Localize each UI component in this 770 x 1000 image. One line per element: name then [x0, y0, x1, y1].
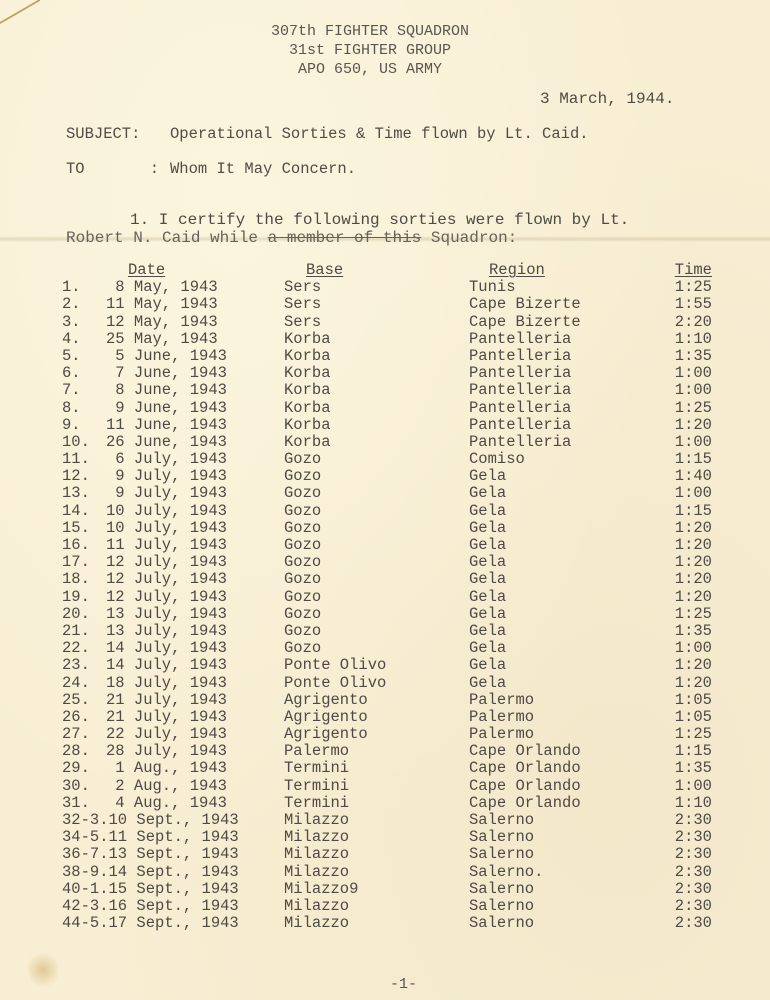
table-row: 30. 2 Aug., 1943TerminiCape Orlando1:00: [62, 778, 712, 795]
sortie-region: Pantelleria: [469, 382, 654, 399]
table-row: 13. 9 July, 1943GozoGela1:00: [62, 485, 712, 502]
table-row: 11. 6 July, 1943GozoComiso1:15: [62, 451, 712, 468]
sortie-time: 1:05: [654, 692, 712, 709]
subject-text: Operational Sorties & Time flown by Lt. …: [170, 125, 589, 143]
sortie-number: 23.: [62, 657, 106, 674]
sortie-base: Korba: [284, 365, 469, 382]
sortie-region: Gela: [469, 503, 654, 520]
sortie-date: 8 May, 1943: [106, 279, 284, 296]
sortie-base: Gozo: [284, 537, 469, 554]
header-region: Region: [469, 262, 654, 279]
sortie-number: 10.: [62, 434, 106, 451]
sortie-number: 28.: [62, 743, 106, 760]
sortie-range-date: 40-1.15 Sept., 1943: [62, 881, 284, 898]
table-row: 19.12 July, 1943GozoGela1:20: [62, 589, 712, 606]
table-row: 27.22 July, 1943AgrigentoPalermo1:25: [62, 726, 712, 743]
sortie-range-date: 44-5.17 Sept., 1943: [62, 915, 284, 932]
sortie-time: 2:30: [654, 846, 712, 863]
sortie-date: 2 Aug., 1943: [106, 778, 284, 795]
sortie-region: Gela: [469, 571, 654, 588]
table-row: 16.11 July, 1943GozoGela1:20: [62, 537, 712, 554]
sortie-range-date: 34-5.11 Sept., 1943: [62, 829, 284, 846]
table-row: 24.18 July, 1943Ponte OlivoGela1:20: [62, 675, 712, 692]
sortie-number: 7.: [62, 382, 106, 399]
sortie-number: 2.: [62, 296, 106, 313]
sortie-number: 18.: [62, 571, 106, 588]
sortie-date: 4 Aug., 1943: [106, 795, 284, 812]
sortie-date: 22 July, 1943: [106, 726, 284, 743]
sortie-time: 1:20: [654, 657, 712, 674]
sortie-date: 10 July, 1943: [106, 520, 284, 537]
sortie-time: 2:30: [654, 915, 712, 932]
sortie-base: Ponte Olivo: [284, 675, 469, 692]
sortie-date: 12 May, 1943: [106, 314, 284, 331]
letterhead-address: APO 650, US ARMY: [250, 60, 490, 79]
sortie-base: Agrigento: [284, 709, 469, 726]
paragraph-line-2: Robert N. Caid while a member of this Sq…: [66, 229, 706, 247]
sortie-base: Milazzo: [284, 915, 469, 932]
sortie-time: 1:25: [654, 279, 712, 296]
sortie-time: 1:25: [654, 400, 712, 417]
sortie-region: Gela: [469, 675, 654, 692]
sortie-base: Gozo: [284, 554, 469, 571]
sortie-date: 1 Aug., 1943: [106, 760, 284, 777]
table-row: 44-5.17 Sept., 1943MilazzoSalerno2:30: [62, 915, 712, 932]
table-row: 22.14 July, 1943GozoGela1:00: [62, 640, 712, 657]
sortie-time: 2:30: [654, 881, 712, 898]
sortie-number: 13.: [62, 485, 106, 502]
sortie-base: Korba: [284, 434, 469, 451]
sortie-number: 24.: [62, 675, 106, 692]
sortie-date: 9 July, 1943: [106, 468, 284, 485]
sortie-region: Gela: [469, 606, 654, 623]
sortie-region: Pantelleria: [469, 434, 654, 451]
sortie-region: Salerno.: [469, 864, 654, 881]
subject-label: SUBJECT:: [66, 125, 170, 143]
sortie-date: 8 June, 1943: [106, 382, 284, 399]
table-row: 20.13 July, 1943GozoGela1:25: [62, 606, 712, 623]
sortie-base: Milazzo9: [284, 881, 469, 898]
sortie-number: 20.: [62, 606, 106, 623]
sortie-time: 1:20: [654, 675, 712, 692]
sortie-base: Gozo: [284, 503, 469, 520]
sortie-base: Gozo: [284, 468, 469, 485]
letterhead: 307th FIGHTER SQUADRON 31st FIGHTER GROU…: [250, 22, 490, 79]
sortie-base: Gozo: [284, 485, 469, 502]
subject-line: SUBJECT:Operational Sorties & Time flown…: [66, 125, 589, 143]
table-row: 36-7.13 Sept., 1943MilazzoSalerno2:30: [62, 846, 712, 863]
sortie-range-date: 32-3.10 Sept., 1943: [62, 812, 284, 829]
paragraph-text-end: Squadron:: [421, 229, 517, 247]
sortie-date: 11 July, 1943: [106, 537, 284, 554]
sortie-region: Salerno: [469, 915, 654, 932]
sortie-time: 1:15: [654, 743, 712, 760]
sortie-range-date: 36-7.13 Sept., 1943: [62, 846, 284, 863]
table-row: 23.14 July, 1943Ponte OlivoGela1:20: [62, 657, 712, 674]
sortie-date: 21 July, 1943: [106, 709, 284, 726]
table-body: 1. 8 May, 1943SersTunis1:252.11 May, 194…: [62, 279, 712, 932]
sortie-base: Gozo: [284, 640, 469, 657]
sortie-time: 1:10: [654, 331, 712, 348]
sortie-time: 1:00: [654, 382, 712, 399]
sortie-number: 9.: [62, 417, 106, 434]
sortie-base: Korba: [284, 382, 469, 399]
sortie-base: Termini: [284, 760, 469, 777]
sortie-region: Palermo: [469, 726, 654, 743]
sortie-base: Korba: [284, 417, 469, 434]
sortie-number: 22.: [62, 640, 106, 657]
sortie-region: Cape Orlando: [469, 760, 654, 777]
water-stain: [28, 950, 58, 990]
table-row: 26.21 July, 1943AgrigentoPalermo1:05: [62, 709, 712, 726]
sortie-time: 1:00: [654, 778, 712, 795]
sortie-region: Gela: [469, 554, 654, 571]
sortie-date: 9 July, 1943: [106, 485, 284, 502]
sortie-date: 26 June, 1943: [106, 434, 284, 451]
table-row: 4.25 May, 1943KorbaPantelleria1:10: [62, 331, 712, 348]
sortie-time: 1:15: [654, 451, 712, 468]
sortie-region: Tunis: [469, 279, 654, 296]
sortie-base: Gozo: [284, 623, 469, 640]
sortie-date: 7 June, 1943: [106, 365, 284, 382]
header-date: Date: [106, 262, 284, 279]
sortie-date: 14 July, 1943: [106, 640, 284, 657]
sortie-number: 6.: [62, 365, 106, 382]
sortie-base: Milazzo: [284, 812, 469, 829]
table-row: 25.21 July, 1943AgrigentoPalermo1:05: [62, 692, 712, 709]
sortie-time: 1:25: [654, 606, 712, 623]
sortie-time: 1:10: [654, 795, 712, 812]
sortie-base: Agrigento: [284, 726, 469, 743]
paragraph-line-1: 1. I certify the following sorties were …: [66, 211, 706, 229]
table-row: 32-3.10 Sept., 1943MilazzoSalerno2:30: [62, 812, 712, 829]
table-row: 34-5.11 Sept., 1943MilazzoSalerno2:30: [62, 829, 712, 846]
sortie-time: 1:00: [654, 434, 712, 451]
table-row: 21.13 July, 1943GozoGela1:35: [62, 623, 712, 640]
sortie-base: Milazzo: [284, 898, 469, 915]
sortie-date: 18 July, 1943: [106, 675, 284, 692]
sortie-date: 13 July, 1943: [106, 623, 284, 640]
sortie-time: 1:20: [654, 417, 712, 434]
sortie-date: 12 July, 1943: [106, 589, 284, 606]
sortie-base: Gozo: [284, 571, 469, 588]
sortie-time: 1:20: [654, 571, 712, 588]
sortie-base: Sers: [284, 296, 469, 313]
sortie-region: Salerno: [469, 846, 654, 863]
document-date: 3 March, 1944.: [540, 90, 674, 108]
sortie-number: 30.: [62, 778, 106, 795]
sortie-region: Gela: [469, 485, 654, 502]
sortie-base: Milazzo: [284, 829, 469, 846]
sortie-range-date: 38-9.14 Sept., 1943: [62, 864, 284, 881]
sortie-number: 27.: [62, 726, 106, 743]
sortie-time: 1:15: [654, 503, 712, 520]
sortie-time: 1:35: [654, 623, 712, 640]
sortie-base: Milazzo: [284, 846, 469, 863]
sortie-time: 1:20: [654, 537, 712, 554]
sortie-region: Pantelleria: [469, 400, 654, 417]
sortie-date: 5 June, 1943: [106, 348, 284, 365]
header-time: Time: [654, 262, 712, 279]
sortie-region: Pantelleria: [469, 348, 654, 365]
sortie-number: 21.: [62, 623, 106, 640]
sortie-region: Gela: [469, 468, 654, 485]
sortie-number: 19.: [62, 589, 106, 606]
sortie-number: 4.: [62, 331, 106, 348]
sortie-base: Milazzo: [284, 864, 469, 881]
table-row: 40-1.15 Sept., 1943Milazzo9Salerno2:30: [62, 881, 712, 898]
certification-paragraph: 1. I certify the following sorties were …: [66, 211, 706, 247]
sortie-time: 1:25: [654, 726, 712, 743]
sortie-date: 28 July, 1943: [106, 743, 284, 760]
sortie-region: Gela: [469, 640, 654, 657]
sortie-time: 2:30: [654, 864, 712, 881]
sortie-date: 25 May, 1943: [106, 331, 284, 348]
table-row: 29. 1 Aug., 1943TerminiCape Orlando1:35: [62, 760, 712, 777]
sortie-time: 1:35: [654, 348, 712, 365]
sortie-region: Pantelleria: [469, 417, 654, 434]
sortie-region: Cape Orlando: [469, 795, 654, 812]
sortie-time: 1:55: [654, 296, 712, 313]
sortie-date: 21 July, 1943: [106, 692, 284, 709]
table-row: 1. 8 May, 1943SersTunis1:25: [62, 279, 712, 296]
sortie-base: Korba: [284, 400, 469, 417]
sortie-time: 1:00: [654, 640, 712, 657]
sortie-region: Gela: [469, 520, 654, 537]
letterhead-squadron: 307th FIGHTER SQUADRON: [250, 22, 490, 41]
sortie-base: Korba: [284, 331, 469, 348]
sortie-region: Pantelleria: [469, 331, 654, 348]
sortie-region: Gela: [469, 537, 654, 554]
page-number: -1-: [390, 976, 417, 993]
to-text: Whom It May Concern.: [170, 160, 356, 178]
table-row: 5. 5 June, 1943KorbaPantelleria1:35: [62, 348, 712, 365]
table-row: 17.12 July, 1943GozoGela1:20: [62, 554, 712, 571]
sortie-date: 12 July, 1943: [106, 571, 284, 588]
table-row: 10.26 June, 1943KorbaPantelleria1:00: [62, 434, 712, 451]
sortie-base: Termini: [284, 778, 469, 795]
to-line: TO :Whom It May Concern.: [66, 160, 356, 178]
sortie-base: Gozo: [284, 451, 469, 468]
table-row: 31. 4 Aug., 1943TerminiCape Orlando1:10: [62, 795, 712, 812]
sortie-time: 2:30: [654, 829, 712, 846]
sortie-region: Gela: [469, 623, 654, 640]
sortie-time: 1:00: [654, 365, 712, 382]
table-row: 7. 8 June, 1943KorbaPantelleria1:00: [62, 382, 712, 399]
sortie-base: Agrigento: [284, 692, 469, 709]
sortie-time: 1:20: [654, 520, 712, 537]
sortie-region: Cape Bizerte: [469, 296, 654, 313]
table-header: Date Base Region Time: [62, 262, 712, 279]
table-row: 8. 9 June, 1943KorbaPantelleria1:25: [62, 400, 712, 417]
letterhead-group: 31st FIGHTER GROUP: [250, 41, 490, 60]
sortie-date: 11 May, 1943: [106, 296, 284, 313]
sortie-time: 1:20: [654, 589, 712, 606]
sortie-base: Gozo: [284, 589, 469, 606]
sortie-number: 12.: [62, 468, 106, 485]
table-row: 18.12 July, 1943GozoGela1:20: [62, 571, 712, 588]
sortie-base: Gozo: [284, 606, 469, 623]
table-row: 42-3.16 Sept., 1943MilazzoSalerno2:30: [62, 898, 712, 915]
table-row: 38-9.14 Sept., 1943MilazzoSalerno.2:30: [62, 864, 712, 881]
sortie-number: 5.: [62, 348, 106, 365]
sortie-region: Palermo: [469, 692, 654, 709]
sortie-number: 29.: [62, 760, 106, 777]
sortie-base: Ponte Olivo: [284, 657, 469, 674]
sortie-region: Pantelleria: [469, 365, 654, 382]
sortie-time: 1:20: [654, 554, 712, 571]
sorties-table: Date Base Region Time 1. 8 May, 1943Sers…: [62, 262, 712, 932]
sortie-region: Salerno: [469, 881, 654, 898]
sortie-number: 3.: [62, 314, 106, 331]
sortie-base: Sers: [284, 314, 469, 331]
sortie-date: 10 July, 1943: [106, 503, 284, 520]
sortie-region: Cape Bizerte: [469, 314, 654, 331]
sortie-region: Cape Orlando: [469, 778, 654, 795]
table-row: 15.10 July, 1943GozoGela1:20: [62, 520, 712, 537]
sortie-region: Palermo: [469, 709, 654, 726]
sortie-region: Salerno: [469, 829, 654, 846]
sortie-region: Salerno: [469, 812, 654, 829]
table-row: 6. 7 June, 1943KorbaPantelleria1:00: [62, 365, 712, 382]
paragraph-text: Robert N. Caid while: [66, 229, 268, 247]
sortie-time: 1:40: [654, 468, 712, 485]
table-row: 2.11 May, 1943SersCape Bizerte1:55: [62, 296, 712, 313]
sortie-base: Sers: [284, 279, 469, 296]
to-label: TO :: [66, 160, 170, 178]
sortie-number: 1.: [62, 279, 106, 296]
sortie-date: 11 June, 1943: [106, 417, 284, 434]
corner-stain-mark: [0, 0, 40, 24]
sortie-number: 14.: [62, 503, 106, 520]
sortie-time: 2:20: [654, 314, 712, 331]
struck-text: a member of this: [268, 229, 422, 247]
sortie-base: Termini: [284, 795, 469, 812]
sortie-range-date: 42-3.16 Sept., 1943: [62, 898, 284, 915]
sortie-number: 26.: [62, 709, 106, 726]
sortie-time: 1:00: [654, 485, 712, 502]
sortie-date: 12 July, 1943: [106, 554, 284, 571]
sortie-date: 6 July, 1943: [106, 451, 284, 468]
sortie-number: 15.: [62, 520, 106, 537]
sortie-region: Comiso: [469, 451, 654, 468]
header-base: Base: [284, 262, 469, 279]
table-row: 12. 9 July, 1943GozoGela1:40: [62, 468, 712, 485]
sortie-base: Palermo: [284, 743, 469, 760]
sortie-date: 9 June, 1943: [106, 400, 284, 417]
sortie-number: 17.: [62, 554, 106, 571]
sortie-base: Gozo: [284, 520, 469, 537]
sortie-date: 13 July, 1943: [106, 606, 284, 623]
table-row: 3.12 May, 1943SersCape Bizerte2:20: [62, 314, 712, 331]
sortie-region: Salerno: [469, 898, 654, 915]
sortie-base: Korba: [284, 348, 469, 365]
sortie-number: 25.: [62, 692, 106, 709]
sortie-number: 8.: [62, 400, 106, 417]
sortie-number: 31.: [62, 795, 106, 812]
sortie-region: Cape Orlando: [469, 743, 654, 760]
table-row: 28.28 July, 1943PalermoCape Orlando1:15: [62, 743, 712, 760]
sortie-time: 1:05: [654, 709, 712, 726]
sortie-number: 11.: [62, 451, 106, 468]
sortie-time: 2:30: [654, 812, 712, 829]
sortie-time: 1:35: [654, 760, 712, 777]
sortie-region: Gela: [469, 657, 654, 674]
sortie-number: 16.: [62, 537, 106, 554]
sortie-region: Gela: [469, 589, 654, 606]
sortie-date: 14 July, 1943: [106, 657, 284, 674]
table-row: 14.10 July, 1943GozoGela1:15: [62, 503, 712, 520]
table-row: 9.11 June, 1943KorbaPantelleria1:20: [62, 417, 712, 434]
sortie-time: 2:30: [654, 898, 712, 915]
